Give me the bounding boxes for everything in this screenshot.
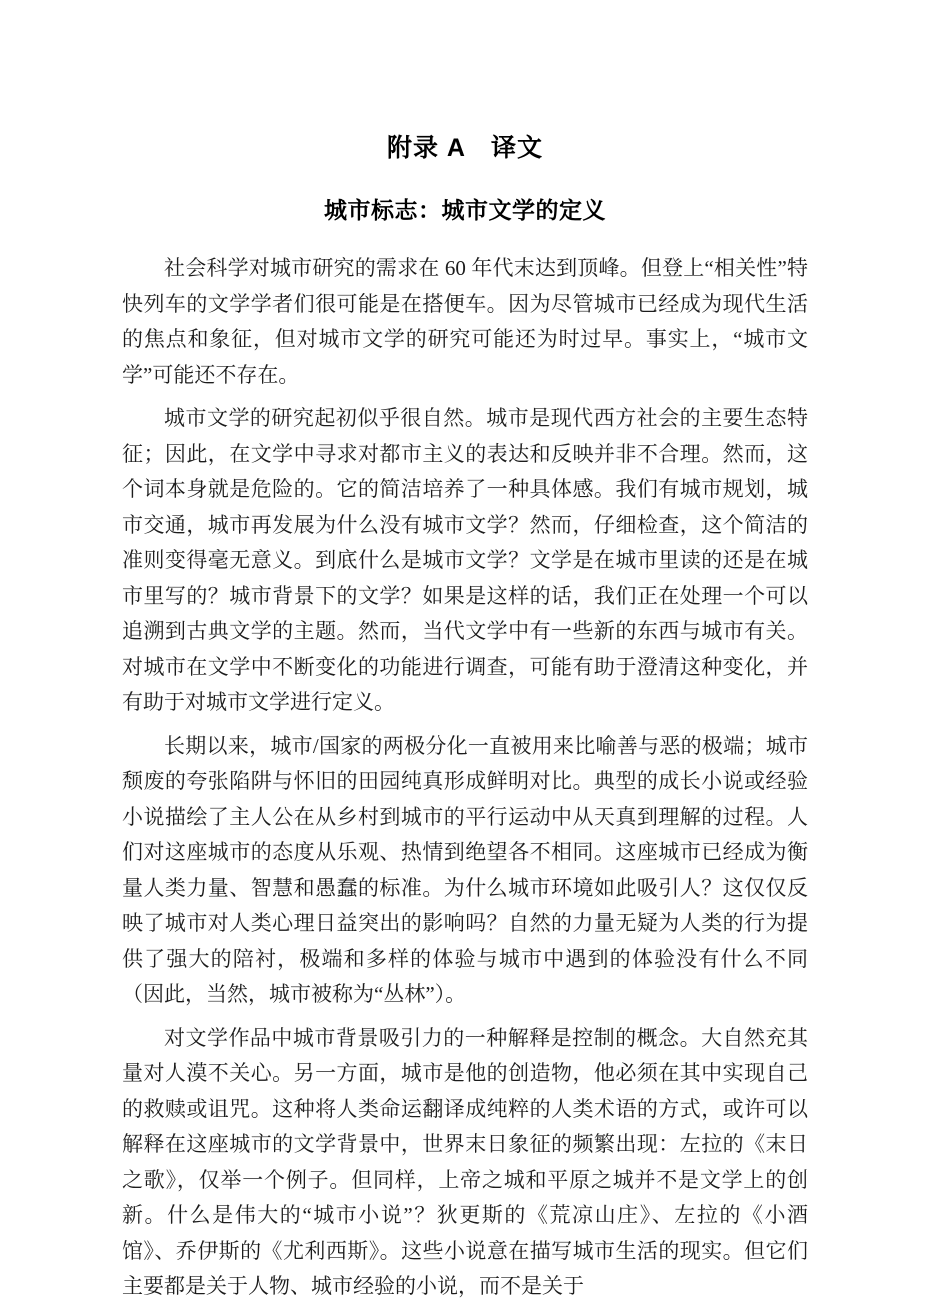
- paragraph-3: 长期以来，城市/国家的两极分化一直被用来比喻善与恶的极端；城市颓废的夸张陷阱与怀…: [122, 729, 808, 1013]
- document-page: 附录 A 译文 城市标志：城市文学的定义 社会科学对城市研究的需求在 60 年代…: [0, 0, 926, 1309]
- paragraph-4: 对文学作品中城市背景吸引力的一种解释是控制的概念。大自然充其量对人漠不关心。另一…: [122, 1021, 808, 1305]
- paragraph-1: 社会科学对城市研究的需求在 60 年代末达到顶峰。但登上“相关性”特快列车的文学…: [122, 251, 808, 393]
- article-body: 社会科学对城市研究的需求在 60 年代末达到顶峰。但登上“相关性”特快列车的文学…: [122, 251, 808, 1305]
- appendix-title: 附录 A 译文: [122, 135, 808, 161]
- article-title: 城市标志：城市文学的定义: [122, 198, 808, 222]
- paragraph-2: 城市文学的研究起初似乎很自然。城市是现代西方社会的主要生态特征；因此，在文学中寻…: [122, 401, 808, 721]
